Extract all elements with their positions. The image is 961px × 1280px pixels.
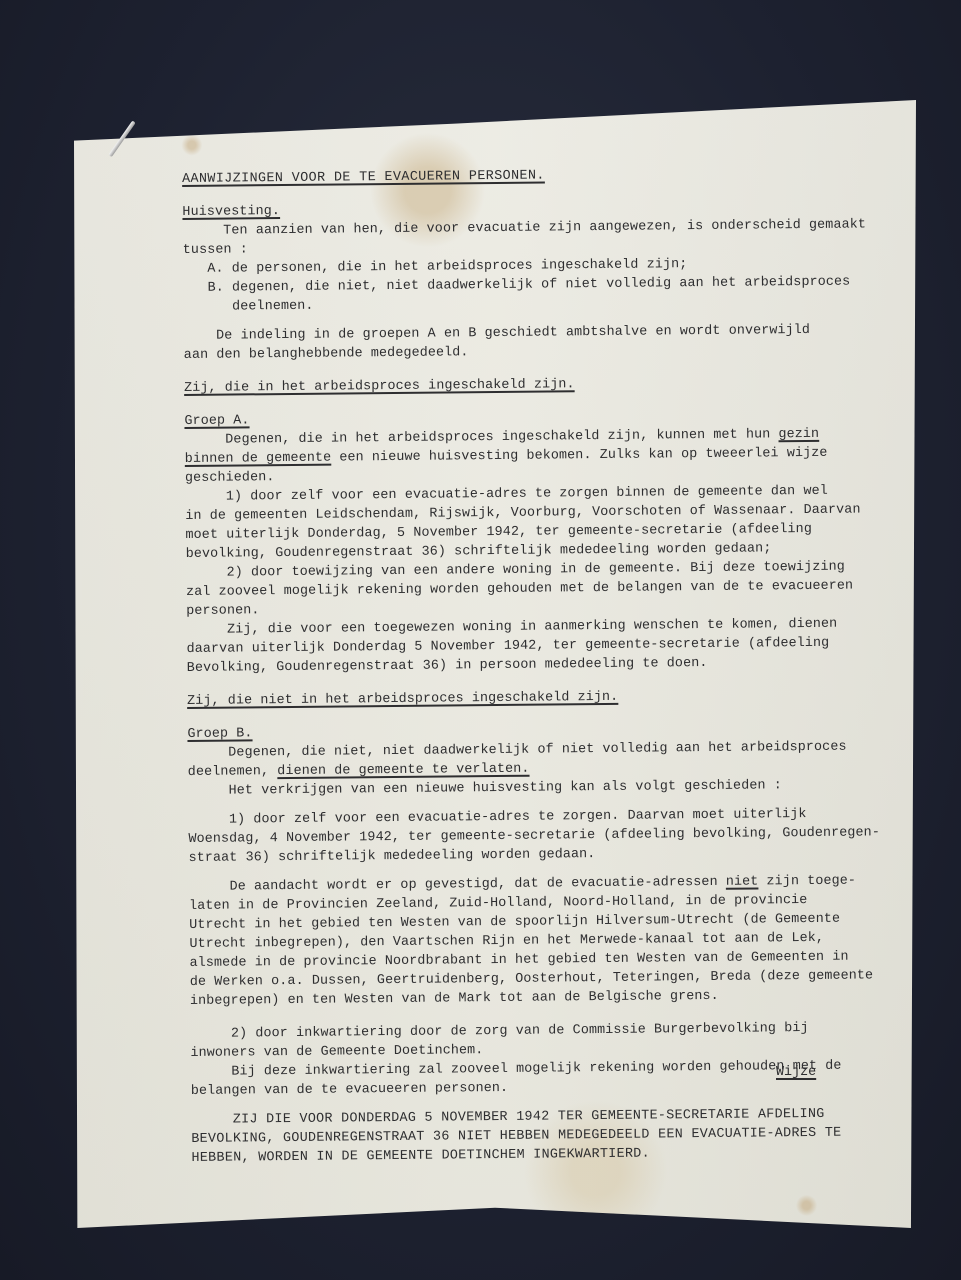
catchword: Wijze <box>776 1065 816 1080</box>
document-body: AANWIJZINGEN VOOR DE TE EVACUEREN PERSON… <box>182 163 872 1167</box>
